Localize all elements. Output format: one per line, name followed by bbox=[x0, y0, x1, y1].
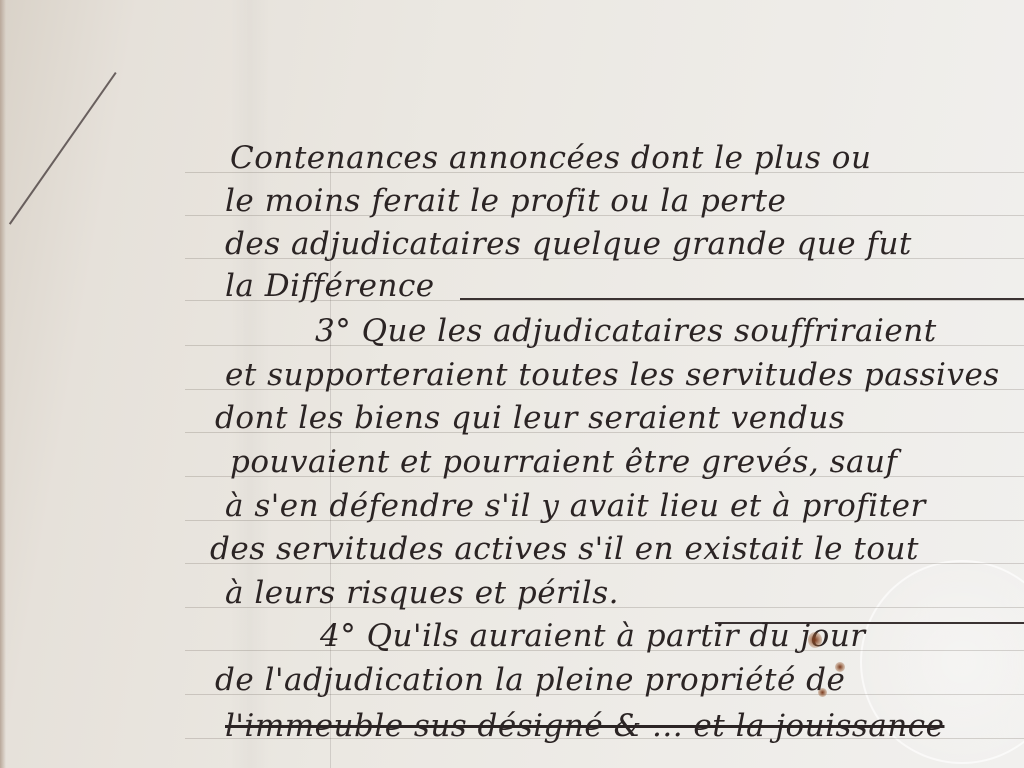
manuscript-page: Contenances annoncées dont le plus ou le… bbox=[0, 0, 1024, 768]
rust-stain bbox=[808, 632, 822, 648]
text-line: et supporteraient toutes les servitudes … bbox=[225, 357, 1000, 393]
margin-mark bbox=[9, 72, 117, 225]
text-line: le moins ferait le profit ou la perte bbox=[225, 183, 786, 219]
line-filler bbox=[460, 298, 1024, 300]
text-line: la Différence bbox=[225, 268, 435, 304]
paper-edge-shadow bbox=[0, 0, 6, 768]
text-line: dont les biens qui leur seraient vendus bbox=[215, 400, 845, 436]
text-line: de l'adjudication la pleine propriété de bbox=[215, 662, 845, 698]
rust-stain bbox=[818, 688, 827, 697]
text-line: 4° Qu'ils auraient à partir du jour bbox=[320, 618, 866, 654]
rust-stain bbox=[835, 662, 845, 672]
text-line: Contenances annoncées dont le plus ou bbox=[230, 140, 871, 176]
text-line: pouvaient et pourraient être grevés, sau… bbox=[230, 444, 897, 480]
text-line: 3° Que les adjudicataires souffriraient bbox=[315, 313, 937, 349]
text-line: des servitudes actives s'il en existait … bbox=[210, 531, 919, 567]
text-line: des adjudicataires quelque grande que fu… bbox=[225, 226, 912, 262]
text-line: à s'en défendre s'il y avait lieu et à p… bbox=[225, 488, 926, 524]
text-line: à leurs risques et périls. bbox=[225, 575, 619, 611]
text-line-struck: l'immeuble sus désigné & ... et la jouis… bbox=[225, 708, 944, 744]
